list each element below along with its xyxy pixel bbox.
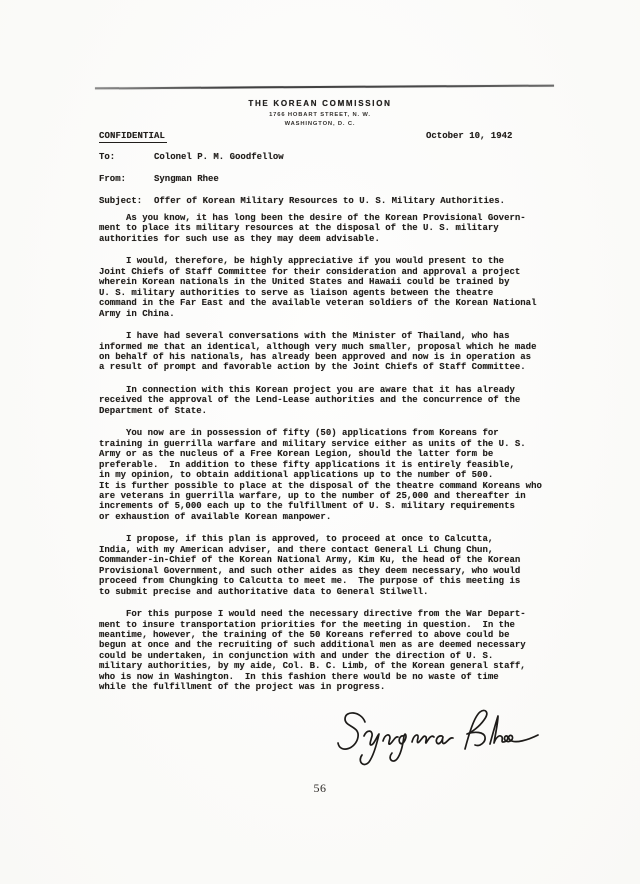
date-line: October 10, 1942 (426, 131, 512, 141)
letterhead-org: THE KOREAN COMMISSION (0, 99, 640, 108)
paragraph: For this purpose I would need the necess… (99, 609, 569, 693)
letterhead: THE KOREAN COMMISSION 1766 HOBART STREET… (0, 99, 640, 127)
subject-label: Subject: (99, 196, 154, 206)
letterhead-address-street: 1766 HOBART STREET, N. W. (0, 112, 640, 118)
classification-label: CONFIDENTIAL (99, 131, 167, 143)
from-label: From: (99, 174, 154, 184)
to-label: To: (99, 152, 154, 162)
paragraph: I would, therefore, be highly appreciati… (99, 256, 569, 319)
field-row-from: From: Syngman Rhee (99, 174, 559, 184)
paragraph: As you know, it has long been the desire… (99, 213, 569, 244)
from-value: Syngman Rhee (154, 174, 559, 184)
signature (332, 705, 544, 775)
paragraph: I have had several conversations with th… (99, 331, 569, 373)
paragraph: In connection with this Korean project y… (99, 385, 569, 416)
paragraph: You now are in possession of fifty (50) … (99, 428, 569, 522)
to-value: Colonel P. M. Goodfellow (154, 152, 559, 162)
letter-body: As you know, it has long been the desire… (99, 213, 569, 705)
field-row-subject: Subject: Offer of Korean Military Resour… (99, 196, 559, 206)
scan-artifact-line (95, 85, 554, 89)
page-number: 56 (0, 781, 640, 796)
memo-fields: To: Colonel P. M. Goodfellow From: Syngm… (99, 152, 559, 218)
paragraph: I propose, if this plan is approved, to … (99, 534, 569, 597)
letterhead-address-city: WASHINGTON, D. C. (0, 121, 640, 127)
subject-value: Offer of Korean Military Resources to U.… (154, 196, 559, 206)
field-row-to: To: Colonel P. M. Goodfellow (99, 152, 559, 162)
letter-page: THE KOREAN COMMISSION 1766 HOBART STREET… (0, 0, 640, 884)
